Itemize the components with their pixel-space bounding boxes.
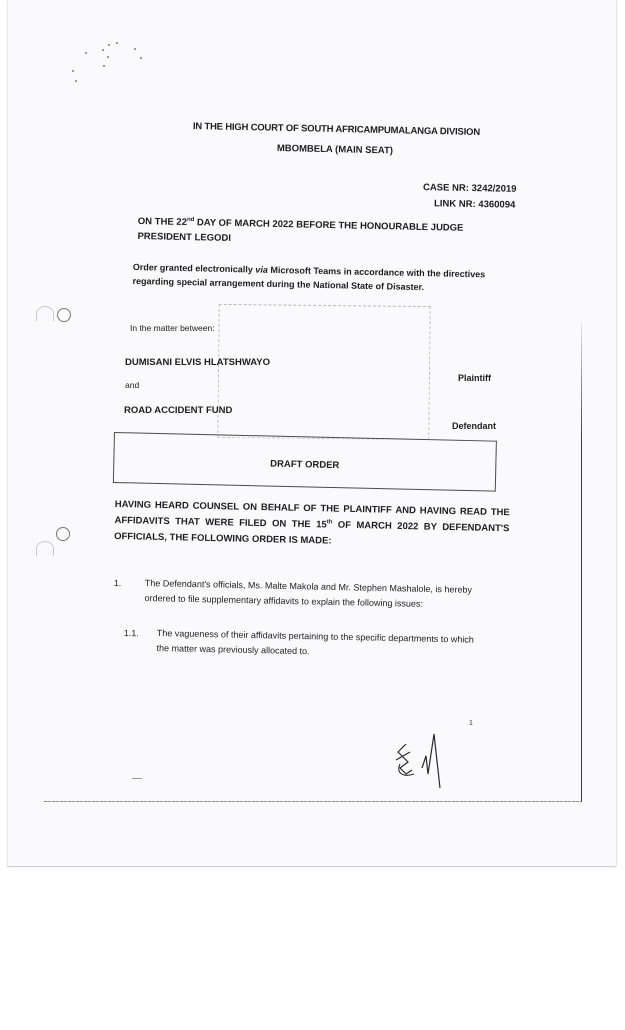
punch-hole-shadow-bottom: [36, 541, 54, 556]
parties-conjunction: and: [125, 380, 139, 390]
link-number: LINK NR: 4360094: [434, 198, 515, 210]
punch-hole-top: [57, 308, 71, 322]
order-item-number: 1.: [114, 576, 122, 591]
defendant-label: Defendant: [452, 421, 496, 431]
plaintiff-label: Plaintiff: [458, 373, 491, 383]
punch-hole-bottom: [56, 527, 70, 541]
order-title: DRAFT ORDER: [114, 455, 495, 475]
parties-intro: In the matter between:: [130, 323, 215, 333]
signature-initials: [388, 722, 468, 792]
scan-margin-line-right: [581, 322, 582, 802]
punch-hole-shadow-top: [36, 306, 54, 321]
order-preamble: HAVING HEARD COUNSEL ON BEHALF OF THE PL…: [114, 497, 510, 553]
plaintiff-name: DUMISANI ELVIS HLATSHWAYO: [125, 357, 270, 368]
scan-margin-line-bottom: [44, 801, 582, 802]
case-number: CASE NR: 3242/2019: [423, 182, 517, 195]
faded-stamp-outline: [217, 304, 430, 440]
order-title-box: DRAFT ORDER: [113, 432, 497, 492]
defendant-name: ROAD ACCIDENT FUND: [124, 405, 232, 416]
page-mark: 1: [469, 720, 473, 727]
scan-mark: [132, 778, 142, 779]
order-subitem-number: 1.1.: [124, 626, 139, 641]
